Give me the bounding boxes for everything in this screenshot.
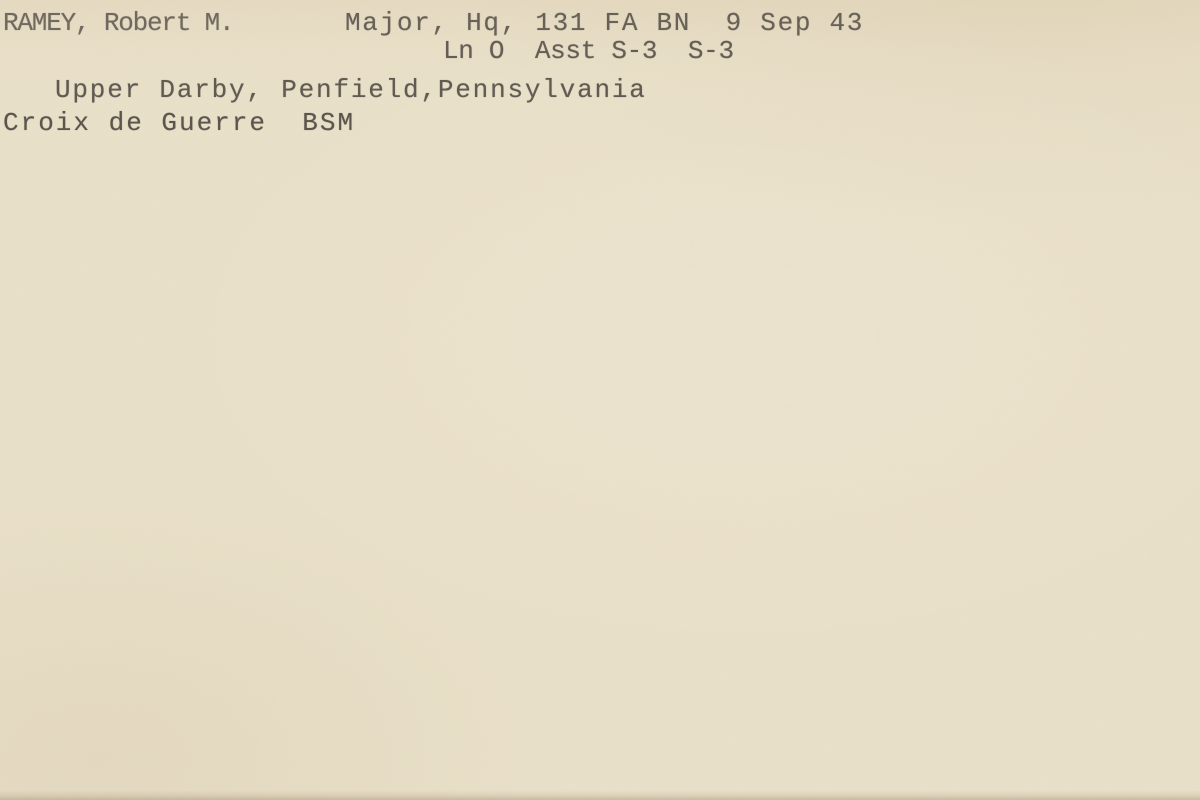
- rank-unit-date-field: Major, Hq, 131 FA BN 9 Sep 43: [345, 10, 864, 36]
- name-field: RAMEY, Robert M.: [3, 10, 233, 36]
- index-card: RAMEY, Robert M. Major, Hq, 131 FA BN 9 …: [0, 0, 1200, 800]
- awards-field: Croix de Guerre BSM: [3, 110, 355, 136]
- address-field: Upper Darby, Penfield,Pennsylvania: [55, 77, 647, 103]
- card-bottom-edge-shadow: [0, 790, 1200, 800]
- duty-assignment-field: Ln O Asst S-3 S-3: [443, 38, 734, 64]
